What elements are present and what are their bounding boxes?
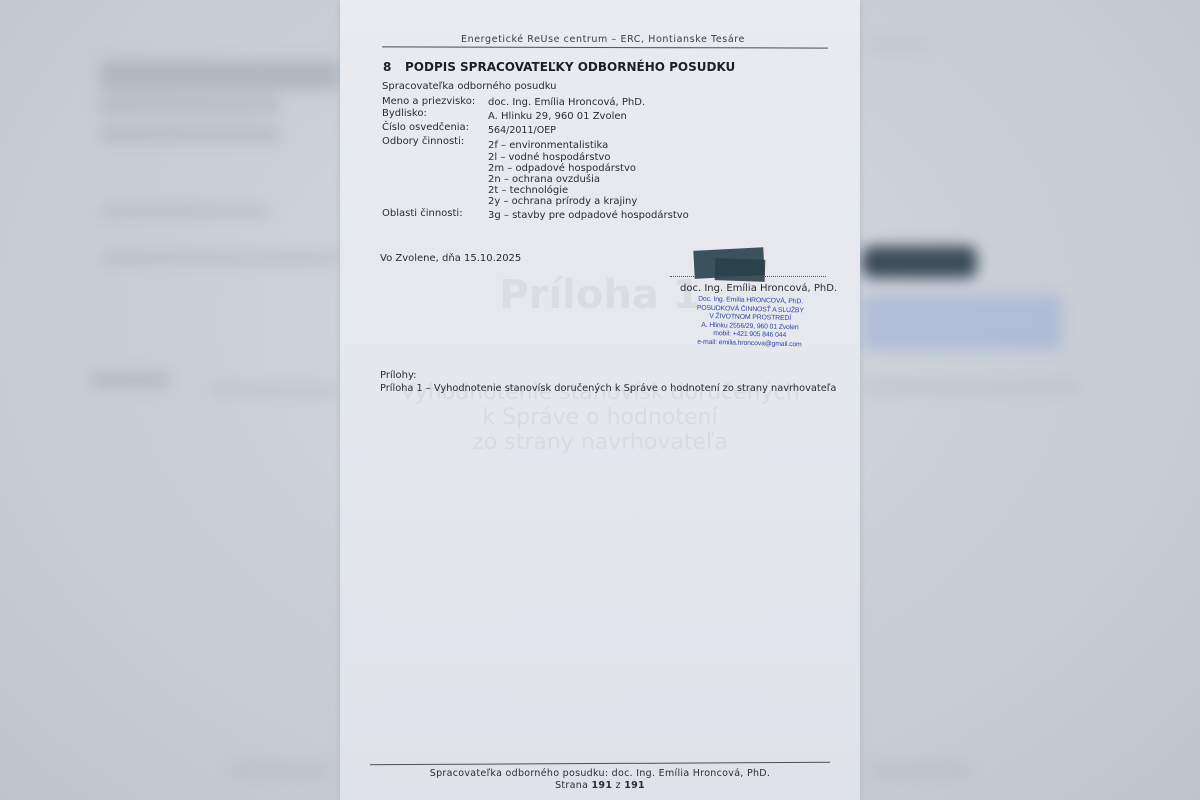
footer-author: Spracovateľka odborného posudku: doc. In…: [340, 768, 860, 779]
odbor-item: 2f – environmentalistika: [488, 140, 608, 151]
field-label-certificate: Číslo osvedčenia:: [382, 122, 469, 133]
attachment-item: Príloha 1 – Vyhodnotenie stanovísk doruč…: [380, 383, 836, 394]
page-number: Strana 191 z 191: [340, 780, 860, 791]
odbor-item: 2t – technológie: [488, 185, 568, 196]
page-current: 191: [592, 780, 613, 791]
attachments-label: Prílohy:: [380, 370, 417, 381]
field-value-certificate: 564/2011/OEP: [488, 125, 556, 136]
blurred-page-text: [100, 95, 280, 115]
blurred-page-text: [870, 40, 930, 48]
blurred-page-text: [90, 372, 170, 388]
field-value-address: A. Hlinku 29, 960 01 Zvolen: [488, 111, 627, 122]
header-rule: [382, 46, 828, 48]
show-through-line: zo strany navrhovateľa: [340, 430, 860, 455]
show-through-line: k Správe o hodnotení: [340, 405, 860, 430]
place-date: Vo Zvolene, dňa 15.10.2025: [380, 253, 521, 264]
page-total: 191: [624, 780, 645, 791]
official-stamp: Doc. Ing. Emília HRONCOVÁ, PhD. POSUDKOV…: [684, 295, 815, 350]
signature-line: [670, 276, 826, 277]
oblasti-label: Oblasti činnosti:: [382, 208, 463, 219]
field-label-name: Meno a priezvisko:: [382, 96, 475, 107]
blurred-stamp: [862, 295, 1062, 350]
document-page: Príloha 1 Vyhodnotenie stanovísk doručen…: [340, 0, 860, 800]
blurred-page-text: [100, 125, 280, 143]
oblasti-value: 3g – stavby pre odpadové hospodárstvo: [488, 210, 689, 221]
odbor-item: 2y – ochrana prírody a krajiny: [488, 196, 637, 207]
running-header: Energetické ReUse centrum – ERC, Hontian…: [380, 34, 826, 45]
blurred-page-text: [100, 60, 340, 90]
blurred-page-text: [100, 252, 340, 264]
signature-redaction: [715, 258, 766, 282]
field-value-name: doc. Ing. Emília Hroncová, PhD.: [488, 97, 645, 108]
blurred-page-text: [100, 205, 270, 217]
blurred-page-text: [230, 765, 330, 775]
odbor-item: 2n – ochrana ovzdušia: [488, 174, 600, 185]
odbor-item: 2l – vodné hospodárstvo: [488, 152, 610, 163]
field-label-address: Bydlisko:: [382, 108, 427, 119]
odbor-item: 2m – odpadové hospodárstvo: [488, 163, 636, 174]
subtitle: Spracovateľka odborného posudku: [382, 81, 557, 92]
blurred-redaction: [862, 246, 977, 278]
section-title: PODPIS SPRACOVATEĽKY ODBORNÉHO POSUDKU: [405, 60, 735, 74]
section-number: 8: [383, 60, 405, 74]
blurred-page-text: [862, 382, 1082, 392]
blurred-page-text: [870, 765, 970, 775]
signer-name: doc. Ing. Emília Hroncová, PhD.: [680, 283, 837, 294]
footer-rule: [370, 762, 830, 765]
blurred-page-text: [210, 385, 340, 395]
section-heading: 8PODPIS SPRACOVATEĽKY ODBORNÉHO POSUDKU: [383, 60, 735, 74]
odbory-label: Odbory činnosti:: [382, 136, 464, 147]
